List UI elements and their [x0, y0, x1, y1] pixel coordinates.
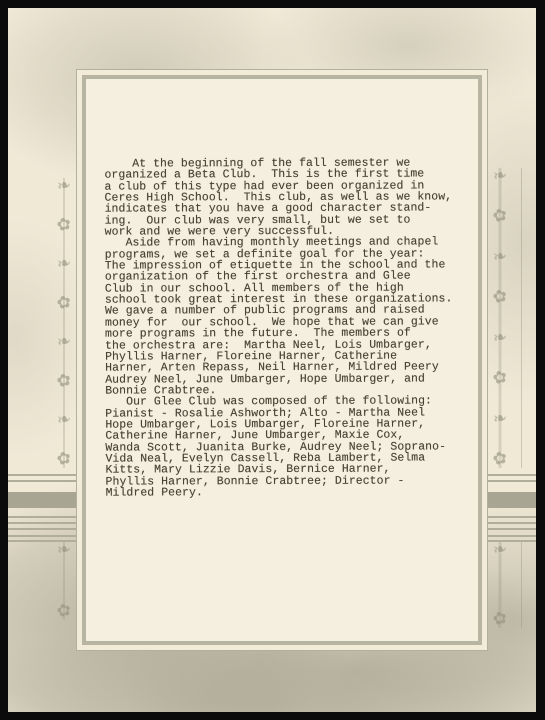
floral-flower-icon: ✿ [491, 288, 509, 308]
album-page: ❧ ✿ ❧ ✿ ❧ ✿ ❧ ✿ ❧ ✿ ❧ ✿ ❧ ✿ ❧ ✿ ❧ ✿ ❧ ✿ [8, 8, 536, 712]
floral-ornament-icon: ❧ [492, 248, 509, 267]
striped-band-left [8, 474, 82, 542]
floral-flower-icon: ✿ [491, 610, 509, 630]
photo-background: ❧ ✿ ❧ ✿ ❧ ✿ ❧ ✿ ❧ ✿ ❧ ✿ ❧ ✿ ❧ ✿ ❧ ✿ ❧ ✿ [0, 0, 545, 720]
floral-ornament-icon: ❧ [56, 333, 73, 352]
floral-flower-icon: ✿ [55, 294, 73, 314]
floral-flower-icon: ✿ [55, 450, 73, 470]
floral-ornament-icon: ❧ [56, 411, 73, 430]
floral-ornament-icon: ❧ [492, 329, 509, 348]
floral-ornament-icon: ❧ [492, 409, 509, 428]
typewritten-text: At the beginning of the fall semester we… [104, 157, 453, 499]
floral-ornament-icon: ❧ [56, 177, 73, 196]
floral-ornament-icon: ❧ [492, 541, 509, 560]
floral-flower-icon: ✿ [55, 372, 73, 392]
floral-ornament-icon: ❧ [492, 167, 509, 186]
floral-ornament-icon: ❧ [56, 255, 73, 274]
striped-band-right [482, 474, 536, 542]
floral-flower-icon: ✿ [491, 207, 509, 227]
floral-ornament-icon: ❧ [56, 541, 73, 560]
floral-flower-icon: ✿ [55, 602, 73, 622]
floral-flower-icon: ✿ [491, 449, 509, 469]
floral-flower-icon: ✿ [55, 216, 73, 236]
floral-flower-icon: ✿ [491, 369, 509, 389]
